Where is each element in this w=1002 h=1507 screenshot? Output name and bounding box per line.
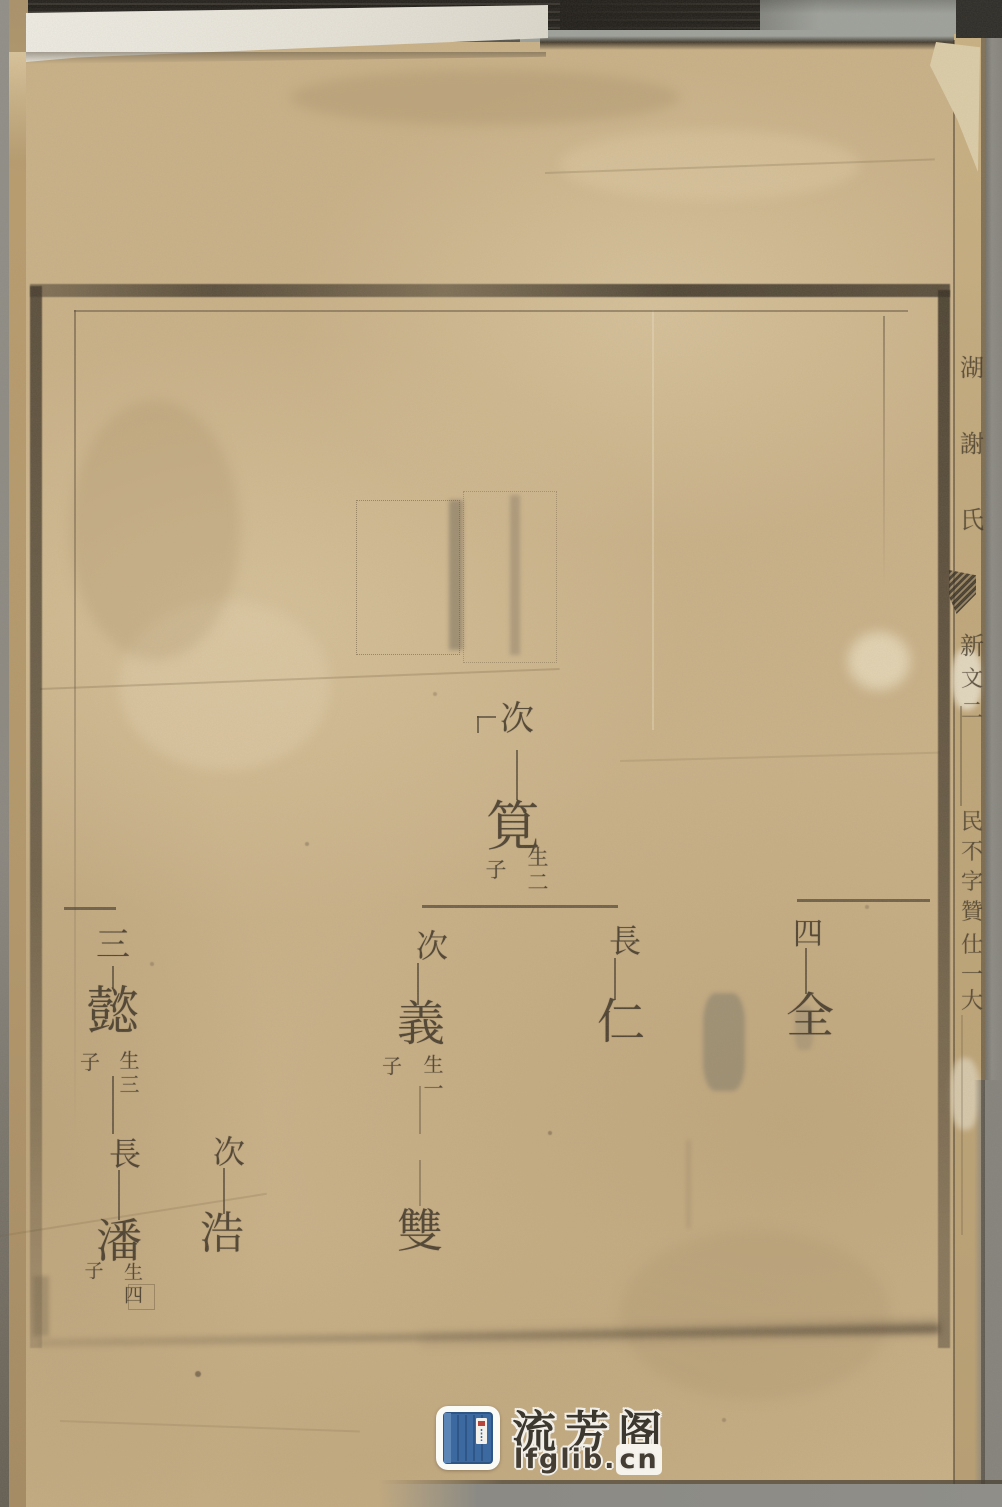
site-watermark: 流芳阁 lfglib.cn (430, 1398, 680, 1482)
watermark-url-prefix: lfglib. (514, 1444, 616, 1475)
watermark-site-url: lfglib.cn (514, 1444, 662, 1475)
scanned-genealogy-page: 次 筧 生二 子 三 懿 子 生三 次 義 子 生一 長 仁 四 全 長 潘 子… (0, 0, 1002, 1507)
paper-grain-texture (0, 0, 1002, 1507)
watermark-book-icon-tile (436, 1406, 500, 1470)
scan-bottom-strip (378, 1484, 1002, 1507)
watermark-url-suffix: cn (616, 1444, 661, 1475)
book-icon (436, 1406, 500, 1470)
